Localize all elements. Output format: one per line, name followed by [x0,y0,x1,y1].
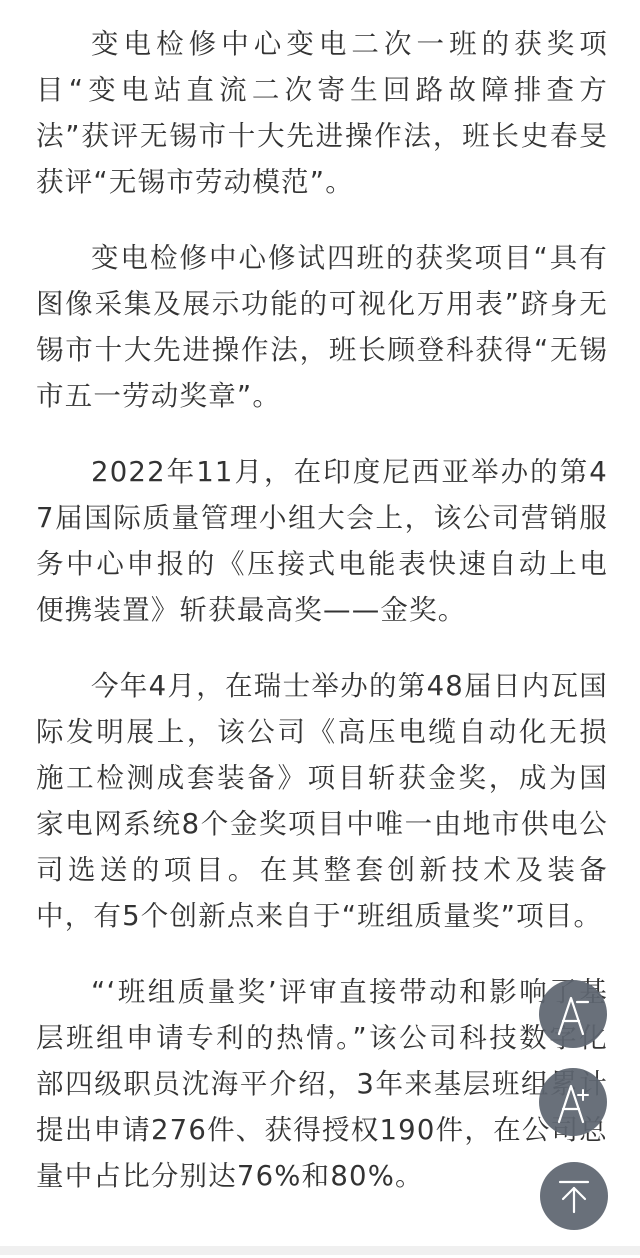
back-to-top-button[interactable] [540,1162,608,1230]
article-body: 变电检修中心变电二次一班的获奖项目“变电站直流二次寄生回路故障排查方法”获评无锡… [36,21,608,1229]
font-increase-icon [551,1078,595,1126]
footer-divider [0,1246,640,1255]
article-paragraph: 变电检修中心变电二次一班的获奖项目“变电站直流二次寄生回路故障排查方法”获评无锡… [36,21,608,205]
font-decrease-icon [551,990,595,1038]
article-paragraph: 2022年11月，在印度尼西亚举办的第47届国际质量管理小组大会上，该公司营销服… [36,449,608,633]
article-paragraph: “‘班组质量奖’评审直接带动和影响了基层班组申请专利的热情。”该公司科技数字化部… [36,969,608,1199]
font-larger-button[interactable] [539,1068,607,1136]
font-smaller-button[interactable] [539,980,607,1048]
arrow-up-to-top-icon [554,1176,594,1216]
article-paragraph: 今年4月，在瑞士举办的第48届日内瓦国际发明展上，该公司《高压电缆自动化无损施工… [36,663,608,939]
article-paragraph: 变电检修中心修试四班的获奖项目“具有图像采集及展示功能的可视化万用表”跻身无锡市… [36,235,608,419]
